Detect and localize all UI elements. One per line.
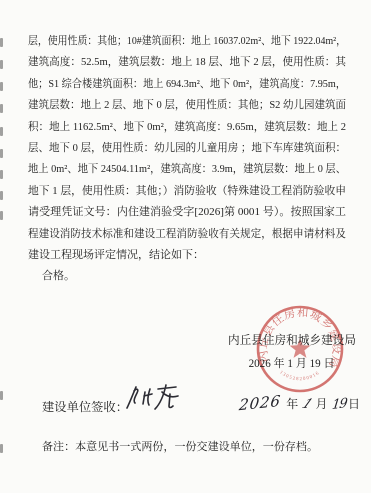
scan-edge-artifact <box>0 104 3 113</box>
scan-edge-artifact <box>0 391 3 400</box>
body-line: 程建设消防技术标准和建设工程消防验收有关规定，根据申请材料及 <box>28 224 346 245</box>
scan-edge-artifact <box>0 191 3 200</box>
body-line: 请受理凭证文号：内住建消验受字[2026]第 0001 号）。按照国家工 <box>28 202 346 223</box>
scan-edge-artifact <box>0 82 3 91</box>
handwritten-month: 1 <box>299 397 315 412</box>
issuing-date: 2026 年 1 月 19 日 <box>226 357 358 371</box>
handwritten-sign-date: 2026 年 1 月 19 日 <box>239 394 349 412</box>
body-line: 建设工程现场评定情况，结论如下： <box>28 245 346 266</box>
scan-edge-artifact <box>0 170 3 179</box>
day-unit-label: 日 <box>348 395 360 412</box>
body-line: 地下 1 层，使用性质：其他；）消防验收（特殊建设工程消防验收申 <box>28 181 346 202</box>
year-unit-label: 年 <box>286 395 298 412</box>
scan-edge-artifact <box>0 149 3 158</box>
handwritten-signature <box>124 383 186 421</box>
issuing-agency-name: 内丘县住房和城乡建设局 <box>226 333 358 347</box>
body-text-block: 层，使用性质：其他；10#建筑面积：地上 16037.02m²、地下 1922.… <box>28 31 346 288</box>
body-line: 他；S1 综合楼建筑面积：地上 694.3m²、地下 0m²，建筑高度：7.95… <box>28 74 346 95</box>
construction-unit-sign-label: 建设单位签收： <box>42 399 126 415</box>
scanned-document-page: 内丘县住房和城乡建设局 1305282000168 层，使用性质：其他；10#建… <box>0 0 371 493</box>
scan-edge-artifact <box>0 444 3 453</box>
body-line: 建筑高度：52.5m，建筑层数：地上 18 层、地下 2 层，使用性质：其 <box>28 52 346 73</box>
scan-edge-artifact <box>0 211 3 220</box>
official-red-seal: 内丘县住房和城乡建设局 1305282000168 <box>253 302 347 396</box>
handwritten-day: 19 <box>331 396 347 413</box>
scan-edge-artifact <box>0 38 3 47</box>
body-line: 建筑层数：地上 2 层、地下 0 层，使用性质：其他；S2 幼儿园建筑面 <box>28 95 346 116</box>
body-line: 积：地上 1162.5m²、地下 0m²，建筑高度：9.65m，建筑层数：地上 … <box>28 117 346 138</box>
body-line: 层、地下 0 层，使用性质：幼儿园的儿童用房 ；地下车库建筑面积： <box>28 138 346 159</box>
scan-edge-artifact <box>0 127 3 136</box>
month-unit-label: 月 <box>315 395 327 412</box>
handwritten-year: 2026 <box>238 392 282 415</box>
seal-ring <box>258 307 342 391</box>
body-line: 层，使用性质：其他；10#建筑面积：地上 16037.02m²、地下 1922.… <box>28 31 346 52</box>
scan-edge-artifact <box>0 60 3 69</box>
body-line: 地上 0m²、地下 24504.11m²，建筑高度：3.9m，建筑层数：地上 0… <box>28 159 346 180</box>
remark-line: 备注：本意见书一式两份，一份交建设单位，一份存档。 <box>42 440 317 455</box>
conclusion-line: 合格。 <box>28 266 346 287</box>
